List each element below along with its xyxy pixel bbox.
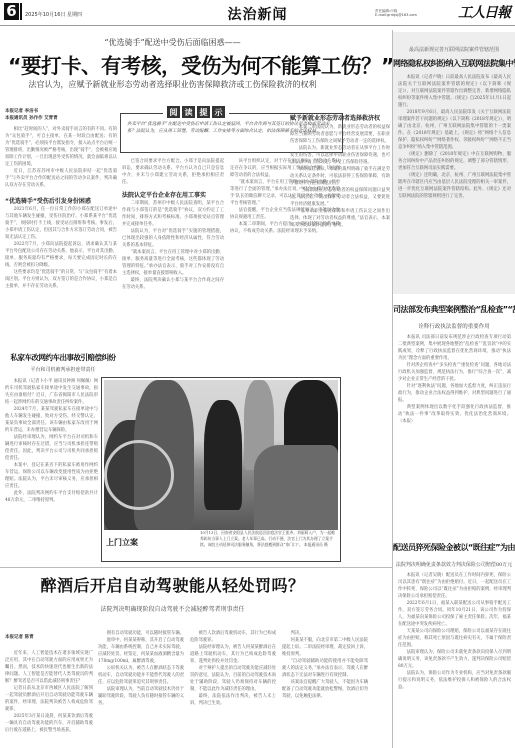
lead-byline: 本报记者 李洁书 本报通讯员 孙作作 艾青青: [5, 108, 58, 122]
paragraph: 这些要求均是“优选骑手”的日常，与“众包骑手”有着本质区别。平台方则认为，双方签…: [5, 269, 117, 290]
section-title: 法治新闻: [0, 4, 515, 24]
paragraph: 公诉机关认为，被告人在醉酒状态下驾驶机动车，自动驾驶功能并不能替代驾驶人的责任，…: [98, 665, 184, 686]
right-story3-headline: 配送员猝死保险金被以“既往症”为由拒赔: [393, 542, 515, 553]
lead-col1-cont: 2021年6月，任一位日常工作的小郑在配送订单途中与其他车辆发生碰撞，受伤住院治…: [5, 206, 117, 344]
paragraph: 《规定》删除了《2018年规定》中在互联网购物、服务合同纠纷中产品责任纠纷的规定…: [398, 151, 511, 172]
right-story2-headline: 司法部发布典型案例整治“乱检查”“乱罚款”: [393, 304, 515, 315]
news-photo: [104, 380, 338, 530]
paragraph: 被告人饮酒后驾驶机动车，其行为已构成危险驾驶罪。: [190, 630, 276, 644]
tip-title-char: 示: [212, 106, 225, 118]
paragraph: 最终，法院依法作出判决，被告人未上诉，判决已生效。: [190, 693, 276, 707]
bottom-col2: 拥有自动驾驶功能，可以随时接管车辆。 庭审中，何某某辩称，其开启了自动驾驶功能，…: [98, 630, 184, 746]
paragraph: 法院审理认为，当前自动驾驶技术仍处于辅助驾驶阶段，驾驶人负有随时接管车辆的义务。: [98, 686, 184, 707]
bottom-subhead: 法院判决明确现阶段自动驾驶不会减轻醉驾者刑事责任: [0, 604, 345, 613]
page-masthead: 6 2025年10月16日 星期四 法治新闻 责任编辑:卢晓 E-mail:gr…: [0, 0, 515, 26]
lead-col2-subhead: 法院认定平台企业存在用工事实: [122, 190, 206, 199]
photo-figure: [204, 400, 242, 510]
paragraph: 本案二审法院认为，新就业形态劳动者的权益保障应当兼顾劳动者意愿与平台经营发展需要…: [290, 124, 390, 145]
lead-col1-subhead: “优选骑手”受伤后引发身份困惑: [5, 196, 91, 205]
paragraph: 典型案例体现出以数字化手段强化行政执法监督，推动“执法一件事”改革取得实效，优化…: [398, 404, 511, 425]
paragraph: 针对涉企检查中“多头检查”“重复检查”问题，各地司法行政机关加强监督，规范执法行…: [398, 362, 511, 383]
paragraph: 近年来，人工智能技术在诸多领域实现广泛应用，其中在自动驾驶方面的应用成果尤为瞩目…: [5, 650, 93, 685]
lead-headline: “要打卡、有考核，受伤为何不能算工伤？”: [8, 49, 348, 79]
right-story1-body: 本报讯（记者卢晓）日前最高人民法院发布《最高人民法院关于互联网法院案件管辖的规定…: [398, 74, 511, 292]
paragraph: “当前新就业形态劳动者的权益保障问题日益突出，”法官说，“既要保护劳动者合法权益…: [290, 187, 390, 208]
right-story3-subhead: 法院判决明确免责条款效力判决保险公司赔偿80万元: [393, 561, 515, 568]
paragraph: 庭审中，何某某辩称，其开启了自动驾驶功能，车辆由系统控制，自己并未实际驾驶，应减…: [98, 637, 184, 665]
lead-col4: 本案二审法院认为，新就业形态劳动者的权益保障应当兼顾劳动者意愿与平台经营发展需要…: [290, 124, 390, 374]
photo-title: 上门立案: [106, 537, 138, 548]
paragraph: 2018年9月6日，最高人民法院印发《关于互联网法院审理案件若干问题的规定》（以…: [398, 109, 511, 151]
paragraph: 本报讯（记者吴晓）配送员在工作时间内猝死，保险公司以其患有“既往症”为由拒绝赔付…: [398, 572, 511, 600]
paragraph: 已签合同要求平台方配合。小郑于是向法院提起诉讼，要求确认劳动关系。平台方认为自己…: [122, 158, 224, 186]
bottom-col3: 被告人饮酒后驾驶机动车，其行为已构成危险驾驶罪。 法院经审理认为，被告人何某某醉…: [190, 630, 276, 746]
paragraph: 本报讯 司法部日前发布规范涉企行政检查专项行动第二批典型案例，集中展现各地整治“…: [398, 334, 511, 362]
lead-col4-subhead: 赋予新就业形态劳动者选择救济权: [290, 113, 380, 122]
paragraph: 此外，法院判决网约车平台支付赔偿款共计48万余元，二审维持原判。: [5, 490, 98, 504]
paragraph: 本报讯（记者卜小平 通讯员钟洲 何佩佩）网约车司机驾驶私家车接单途中发生交通事故…: [5, 378, 98, 406]
right-story1-kicker: 最高法新规完善互联网法院案件管辖范围: [393, 46, 515, 53]
byline-correspondent: 本报通讯员 孙作作 艾青青: [5, 115, 58, 122]
lead-subhead: 法官认为，应赋予新就业形态劳动者选择职业伤害保障救济或工伤保险救济的权利: [0, 79, 345, 90]
paragraph: “就本案而言，平台在用工管理中对小郑的出勤、接单、服务质量等进行全面考核，这些都…: [122, 249, 224, 277]
editor-email: E-mail:grrbjsj@163.com: [375, 13, 417, 17]
paragraph: 对于辩护人提出的自动驾驶功能应减轻处罚的意见，法院认为，目前的自动驾驶技术尚处于…: [190, 665, 276, 693]
bottom-byline: 本报记者 陈青: [5, 634, 34, 641]
byline-reporter: 本报记者 李洁书: [5, 108, 58, 115]
editor-info: 责任编辑:卢晓 E-mail:grrbjsj@163.com: [375, 9, 417, 17]
right-story1-headline: 网络隐私权纠纷纳入互联网法院集中管辖: [393, 58, 515, 69]
photo-corn-pile: [254, 445, 338, 530]
paragraph: 承办法官表示，本案的裁判明确了骑手在满足劳动关系认定条件时，可依法获得工伤保险保…: [290, 166, 390, 187]
paragraph: “自动驾驶辅助功能的使用并不能免除驾驶人的法定义务，”承办法官表示，驾驶人在醉酒…: [282, 658, 368, 679]
bottom-divider: [0, 567, 393, 568]
paragraph: 本报讯（记者卢晓）日前最高人民法院发布《最高人民法院关于互联网法院案件管辖的规定…: [398, 74, 511, 109]
paragraph: 二审期间，苏州市中级人民法院查明，某平台合作商与小郑签订的是“优选骑手”协议，双…: [122, 200, 224, 228]
lead-col1: 相比“赶时间的人”，对外卖骑手而言的有的不同。有的为“众包骑手”，可自主接单，在…: [5, 126, 117, 192]
paragraph: 法院认为，平台对“优选骑手”实施的管理措施，已体现出较强的人身依附性和经济从属性…: [122, 228, 224, 249]
paragraph: 判决。: [282, 630, 368, 637]
paragraph: 相比“赶时间的人”，对外卖骑手而言的有的不同。有的为“众包骑手”，可自主接单，在…: [5, 126, 117, 168]
paragraph: 记者日前从北京市西城区人民法院了解到一起驾驶员醉酒后开启自动驾驶功能驾驶车辆的案…: [5, 685, 93, 713]
lead-kicker: “优选骑手”配送中受伤后面临困惑——: [0, 37, 345, 48]
paragraph: 2022年7月，小郑向法院提起诉讼，请求确认其与某平台外包配送公司存在劳动关系。…: [5, 241, 117, 269]
paragraph: 2022年6月1日，福某入职某配送公司从事骑手配送工作，双方签订劳务合同。同年1…: [398, 600, 511, 628]
paragraph: 本案中，登记在某名下的私家车被用作网约车营运，保险公司以车辆改变使用性质为由拒绝…: [5, 462, 98, 490]
newspaper-logo: 工人日報: [458, 2, 510, 22]
tip-title-char: 阅: [167, 106, 180, 118]
tip-title-char: 提: [197, 106, 210, 118]
bottom-col4: 判决。 何某某不服，向北京市第二中级人民法院提起上诉。二审法院经审理，裁定驳回上…: [282, 630, 368, 746]
paragraph: 近日，江苏省苏州市中级人民法院审结一起“优选骑手”与外卖平台合作的配送站之间的劳…: [5, 168, 117, 189]
photo-wheelchair: [104, 440, 174, 510]
reading-tip-title: 阅 读 提 示: [163, 106, 229, 118]
lead-col2: 已签合同要求平台方配合。小郑于是向法院提起诉讼，要求确认劳动关系。平台方认为自己…: [122, 158, 224, 186]
photo-caption: 10月13日，河南省安阳县人民法院巡回法庭法官王凯齐、刘丽莉入户，为一起赡养纠纷…: [200, 530, 338, 548]
paragraph: 针对“逐利执法”问题，各地加大监督力度，纠正违法行政行为，推动企业合法权益得到维…: [398, 383, 511, 404]
paragraph: 2025年3月某日凌晨，何某某饮酒后驾驶一辆具有自动驾驶功能的汽车，开启辅助驾驶…: [5, 713, 93, 734]
left-story2-headline: 私家车改网约车出事故引赔偿纠纷: [4, 352, 122, 363]
paragraph: 法院审理认为，保险公司未就免责条款向投保人尽到明确说明义务，该免责条款不产生效力…: [398, 649, 511, 670]
paragraph: 拥有自动驾驶功能，可以随时接管车辆。: [98, 630, 184, 637]
bottom-headline: 醉酒后开启自动驾驶能从轻处罚吗？: [0, 573, 345, 596]
paragraph: 该案法官提醒广大驾驶人，不能因为车辆配备了自动驾驶功能就放松警惕，饮酒后切勿驾驶…: [282, 679, 368, 700]
lead-col2-cont: 二审期间，苏州市中级人民法院查明，某平台合作商与小郑签订的是“优选骑手”协议，双…: [122, 200, 224, 372]
bottom-col1: 近年来，人工智能技术在诸多领域实现广泛应用，其中在自动驾驶方面的应用成果尤为瞩目…: [5, 650, 93, 746]
right-story2-subhead: 诠释行政执法监督的重要作用: [393, 322, 515, 330]
paragraph: 《规定》还明确，北京、杭州、广州互联网法院集中管辖所在市辖区内应当由基层人民法院…: [398, 172, 511, 200]
paragraph: 法院认为，新就业形态劳动者在从事平台工作时发生的伤害，可以选择申请职业伤害保障待…: [290, 145, 390, 166]
right-story2-body: 本报讯 司法部日前发布规范涉企行政检查专项行动第二批典型案例，集中展现各地整治“…: [398, 334, 511, 534]
paragraph: 法院认为，保险公司作为专业机构，应当对免责条款履行提示和说明义务，依法维护投保人…: [398, 670, 511, 691]
left-story2-subhead: 平台和司机被判承担连带责任: [4, 366, 122, 373]
paragraph: 法院经审理认为，被告人何某某醉酒后在道路上驾驶机动车，其行为已构成危险驾驶罪，遂…: [190, 644, 276, 665]
tip-title-char: 读: [182, 106, 195, 118]
paragraph: 法院经审理认为，网约车平台在对司机和车辆进行审核时存在过错，应当与司机承担连带赔…: [5, 434, 98, 462]
paragraph: 2021年6月，任一位日常工作的小郑在配送订单途中与其他车辆发生碰撞，受伤住院治…: [5, 206, 117, 241]
paragraph: 最终，法院判决确认小郑与某平台合作商之间存在劳动关系。: [122, 277, 224, 291]
right-story3-body: 本报讯（记者吴晓）配送员在工作时间内猝死，保险公司以其患有“既往症”为由拒绝赔付…: [398, 572, 511, 746]
paragraph: 天某某公司向保险公司理赔，保险公司以福某存在既往症为由拒赔，称其死亡原因与既往病…: [398, 628, 511, 649]
left-story2-body: 本报讯（记者卜小平 通讯员钟洲 何佩佩）网约车司机驾驶私家车接单途中发生交通事故…: [5, 378, 98, 564]
paragraph: 2024年7月，某某驾驶私家车在接单途中与他人车辆发生碰撞，致对方受伤。经交警认…: [5, 406, 98, 434]
paragraph: “在申请职业伤害保障和申请工伤认定之间作出选择，体现了对劳动者权益的尊重，”法官…: [290, 208, 390, 229]
paragraph: 何某某不服，向北京市第二中级人民法院提起上诉。二审法院经审理，裁定驳回上诉，维持…: [282, 637, 368, 658]
